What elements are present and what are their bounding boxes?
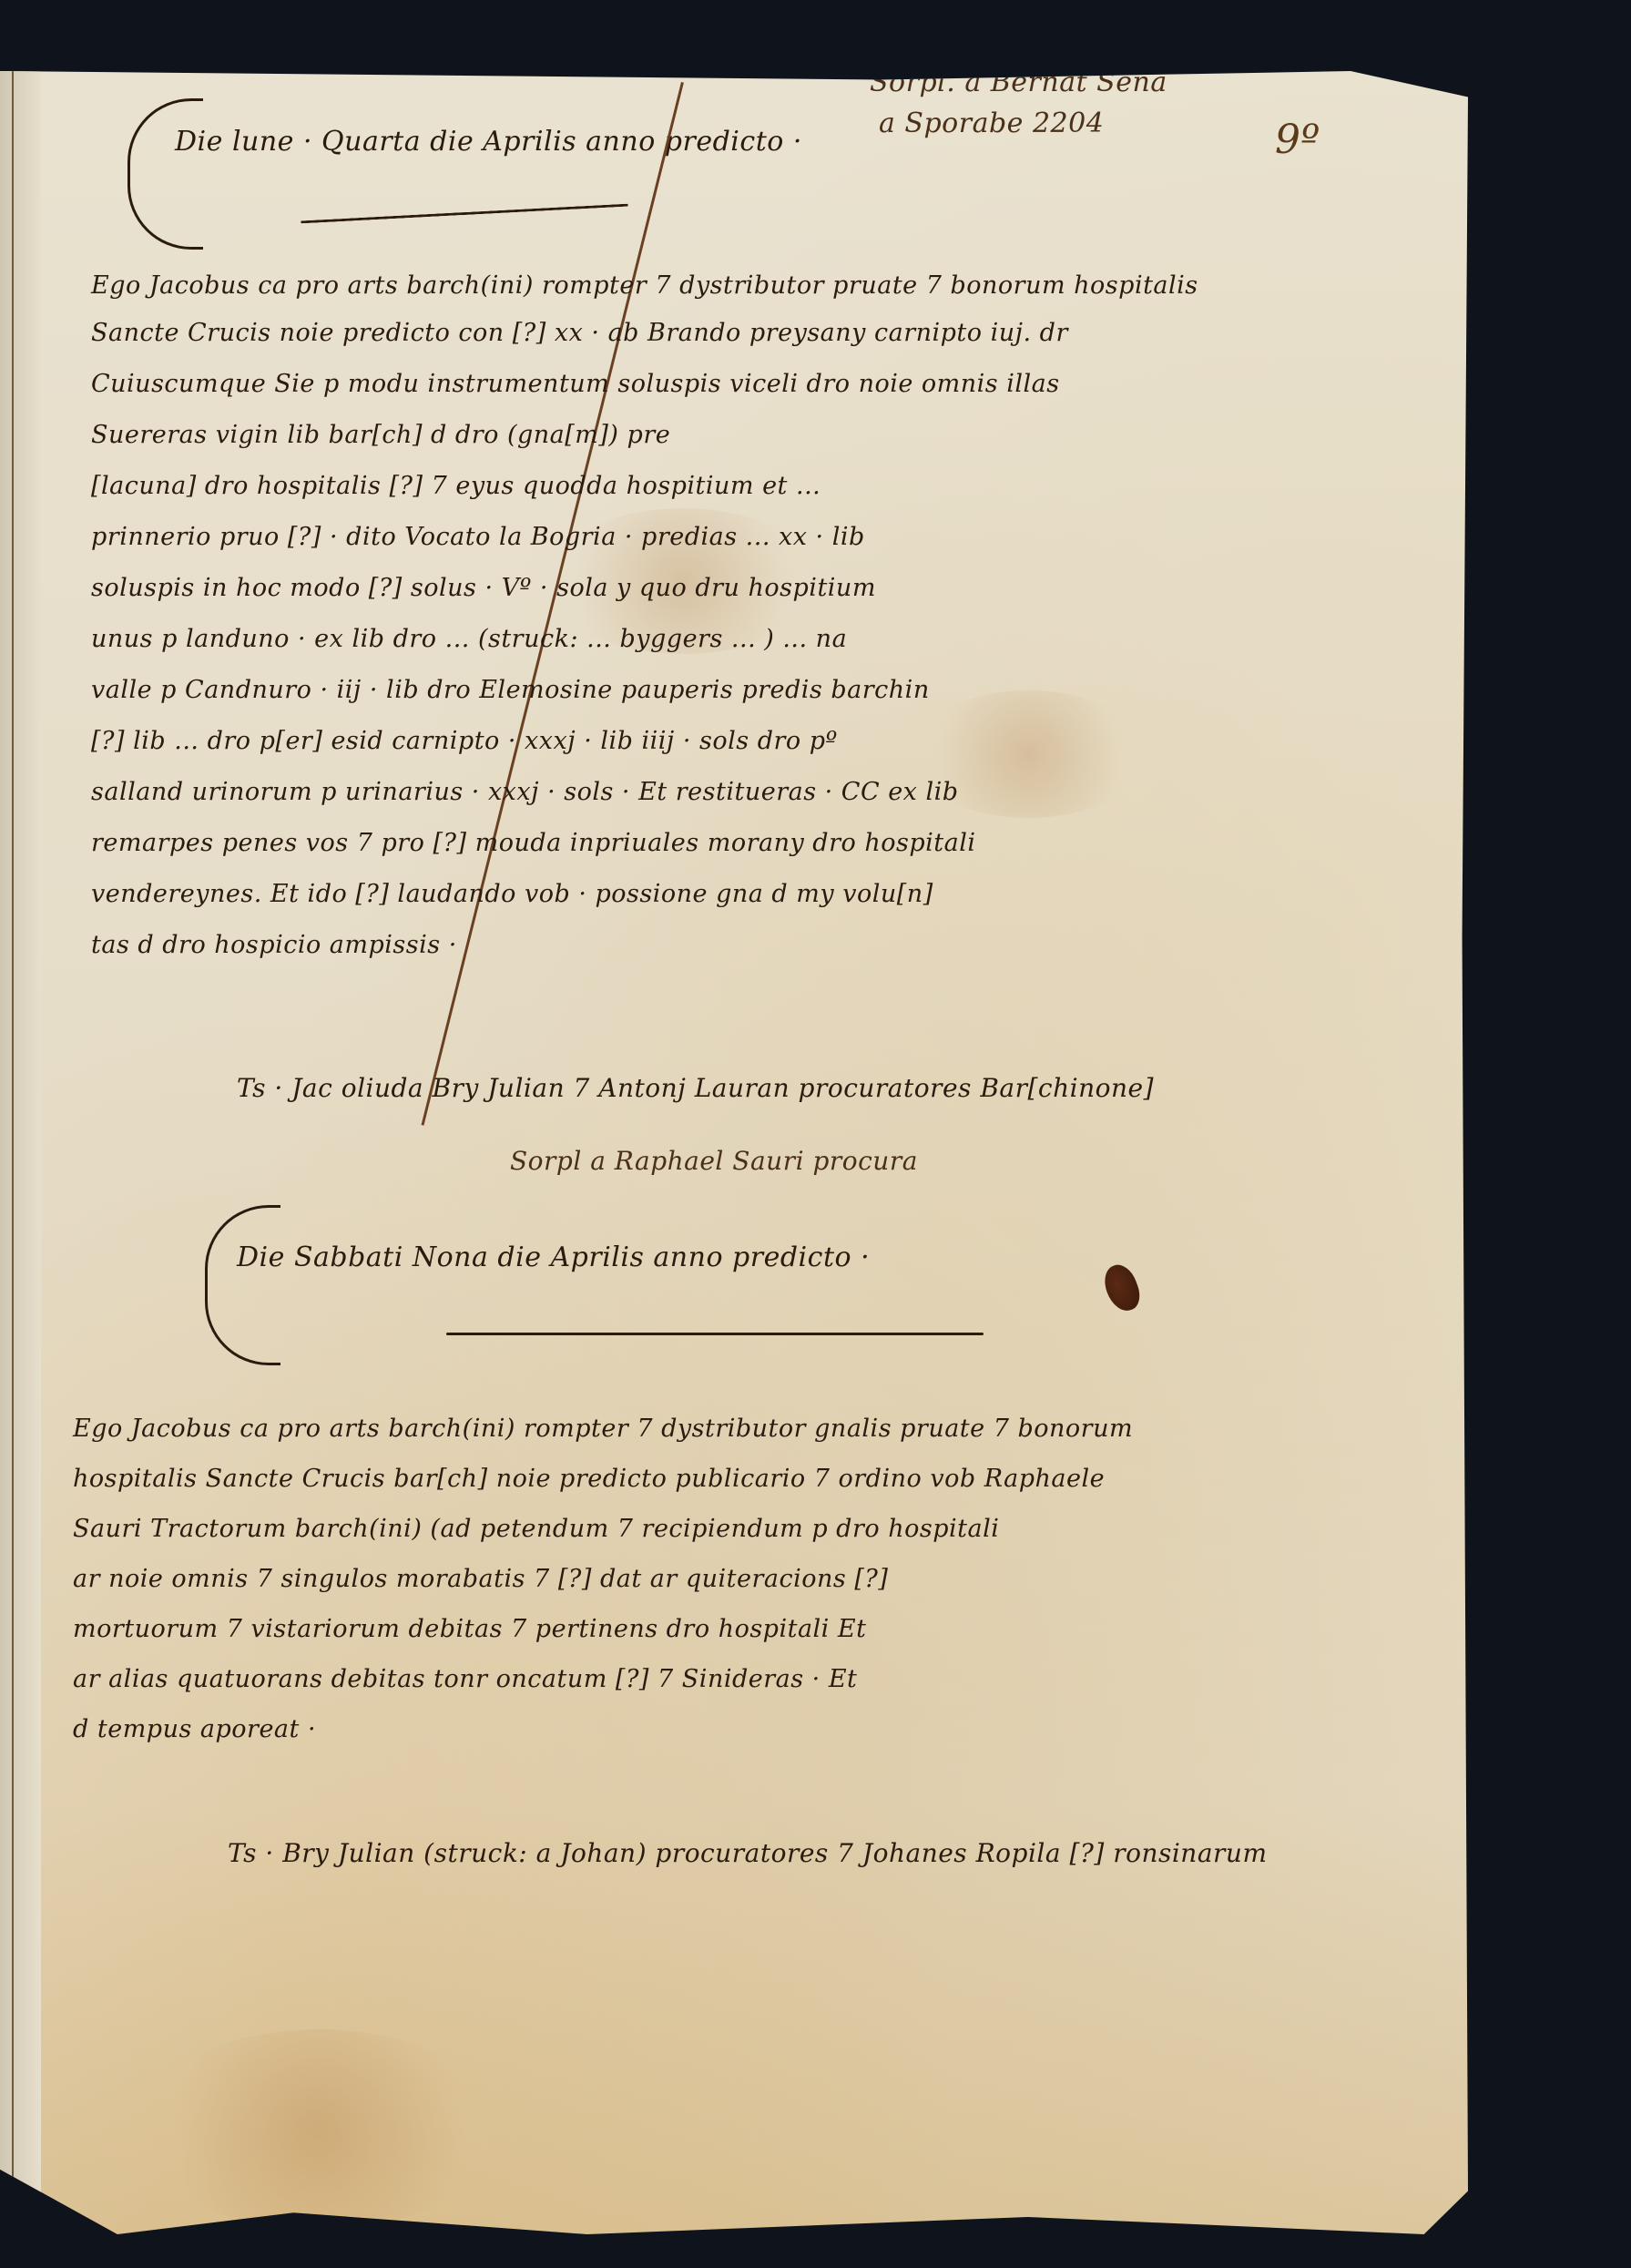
- entry-1-line: Suereras vigin lib bar[ch] d dro (gna[m]…: [91, 421, 670, 449]
- entry-2-witnesses: Ts · Bry Julian (struck: a Johan) procur…: [228, 1838, 1268, 1868]
- entry-1-line: tas d dro hospicio ampissis ·: [91, 931, 457, 959]
- entry-1-witnesses: Ts · Jac oliuda Bry Julian 7 Antonj Laur…: [237, 1073, 1154, 1103]
- entry-1-line: salland urinorum p urinarius · xxxj · so…: [91, 778, 959, 806]
- entry-1-line: remarpes penes vos 7 pro [?] mouda inpri…: [91, 829, 975, 857]
- margin-note-top-line1: Sorpl. a Bernat Sena: [870, 66, 1167, 98]
- entry-2-line: d tempus aporeat ·: [73, 1715, 316, 1743]
- entry-1-line: vendereynes. Et ido [?] laudando vob · p…: [91, 880, 933, 908]
- entry-2-line: ar noie omnis 7 singulos morabatis 7 [?]…: [73, 1565, 888, 1593]
- entry-1-line: soluspis in hoc modo [?] solus · Vº · so…: [91, 574, 876, 602]
- ink-blot: [1099, 1261, 1145, 1315]
- entry-1-line: [?] lib ... dro p[er] esid carnipto · xx…: [91, 727, 838, 755]
- entry-2-line: Ego Jacobus ca pro arts barch(ini) rompt…: [73, 1415, 1133, 1443]
- heading-brace-left: [127, 98, 203, 250]
- entry-1-line: Ego Jacobus ca pro arts barch(ini) rompt…: [91, 271, 1198, 300]
- entry-1-line: [lacuna] dro hospitalis [?] 7 eyus quodd…: [91, 472, 821, 500]
- binding-edge-line: [12, 71, 14, 2180]
- entry-1-line: unus p landuno · ex lib dro ... (struck:…: [91, 625, 847, 653]
- entry-2-line: mortuorum 7 vistariorum debitas 7 pertin…: [73, 1615, 866, 1643]
- heading-brace-left: [205, 1205, 280, 1365]
- heading-flourish: [301, 204, 628, 224]
- entry-1-line: prinnerio pruo [?] · dito Vocato la Bogr…: [91, 523, 865, 551]
- water-stain: [137, 2029, 501, 2230]
- margin-note-top-line2: a Sporabe 2204: [879, 107, 1104, 139]
- heading-flourish: [446, 1333, 984, 1335]
- entry-1-heading: Die lune · Quarta die Aprilis anno predi…: [175, 126, 802, 158]
- entry-2-line: Sauri Tractorum barch(ini) (ad petendum …: [73, 1515, 999, 1543]
- manuscript-page: Die lune · Quarta die Aprilis anno predi…: [0, 71, 1468, 2234]
- entry-1-line: Cuiuscumque Sie p modu instrumentum solu…: [91, 370, 1060, 398]
- entry-2-line: ar alias quatuorans debitas tonr oncatum…: [73, 1665, 857, 1693]
- entry-1-margin-note: Sorpl a Raphael Sauri procura: [510, 1146, 918, 1176]
- entry-2-heading: Die Sabbati Nona die Aprilis anno predic…: [237, 1241, 870, 1273]
- entry-1-line: Sancte Crucis noie predicto con [?] xx ·…: [91, 319, 1068, 347]
- entry-1-line: valle p Candnuro · iij · lib dro Elemosi…: [91, 676, 930, 704]
- folio-number: 9º: [1275, 117, 1320, 163]
- entry-2-line: hospitalis Sancte Crucis bar[ch] noie pr…: [73, 1465, 1105, 1493]
